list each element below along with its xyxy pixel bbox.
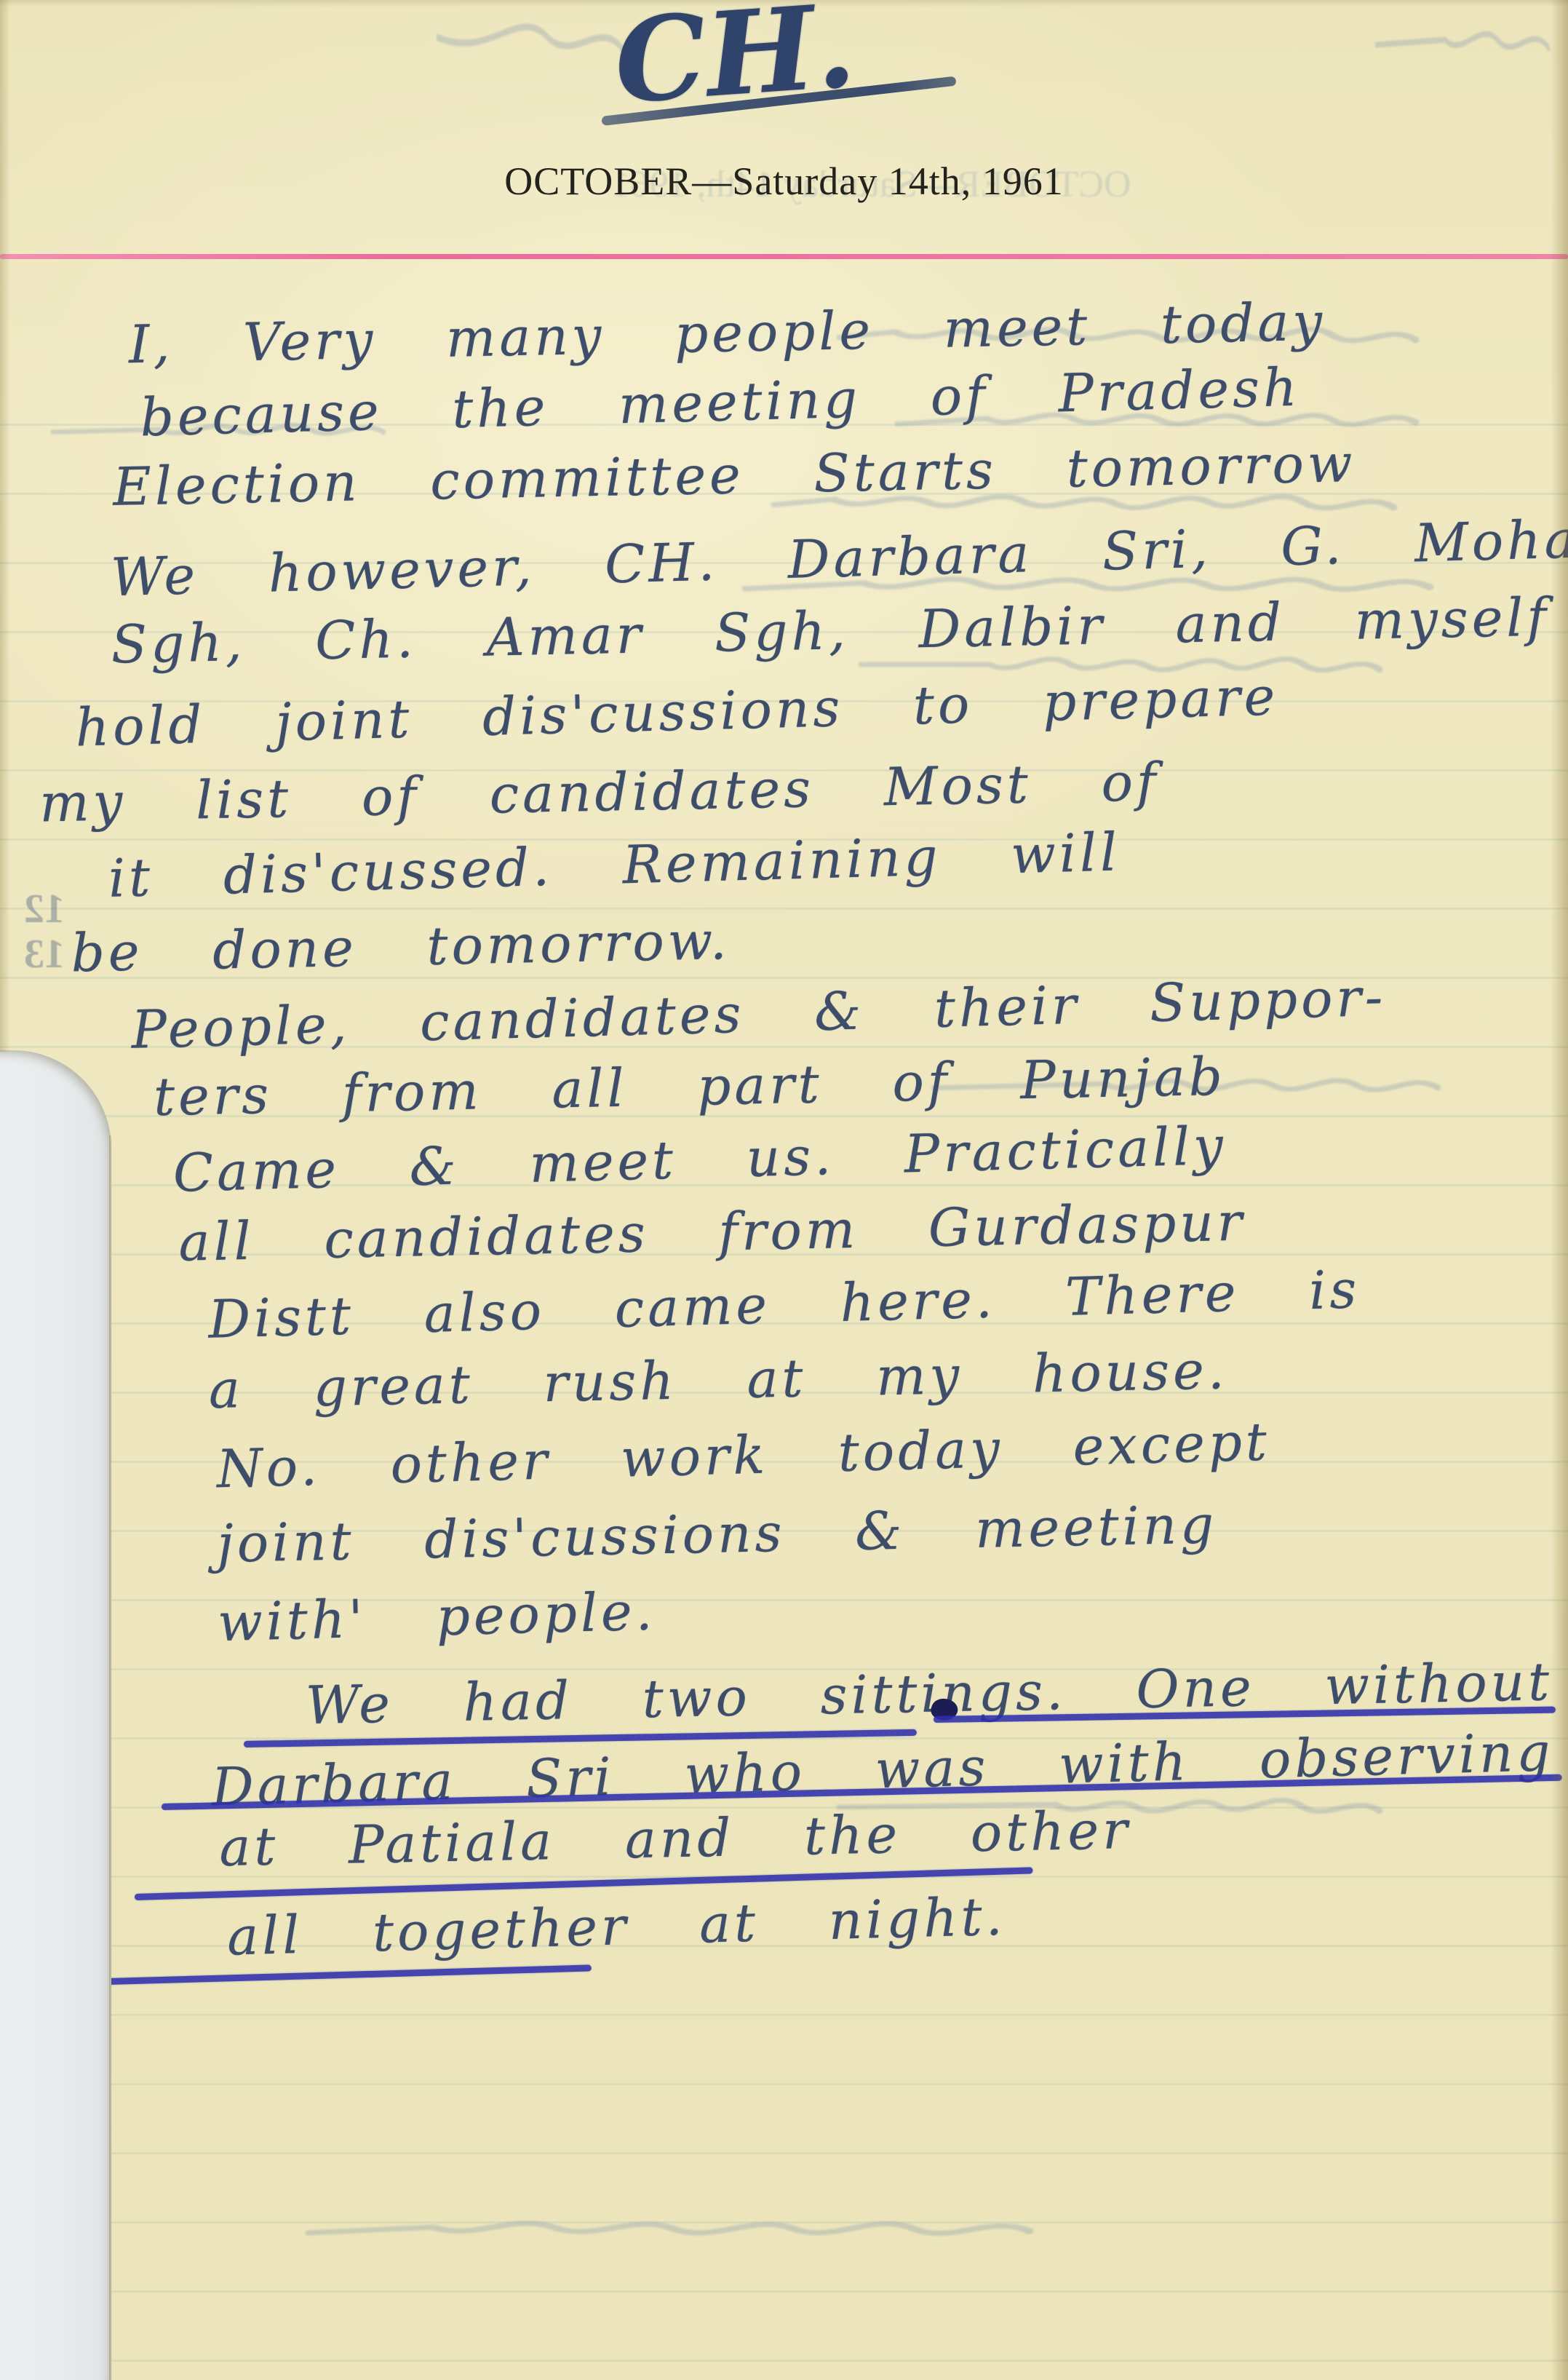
handwritten-line: it dis'cussed. Remaining will bbox=[108, 821, 1121, 908]
handwritten-line: all candidates from Gurdaspur bbox=[178, 1191, 1246, 1273]
handwritten-line: Distt also came here. There is bbox=[207, 1258, 1361, 1349]
handwritten-line: my list of candidates Most of bbox=[39, 751, 1161, 834]
handwritten-line: We had two sittings. One without bbox=[305, 1651, 1553, 1736]
handwritten-line: hold joint dis'cussions to prepare bbox=[75, 665, 1280, 758]
under-page-white-corner bbox=[0, 1050, 111, 2380]
handwritten-line: be done tomorrow. bbox=[71, 910, 731, 983]
page-right-edge-shadow bbox=[1551, 0, 1568, 2380]
handwritten-line: a great rush at my house. bbox=[208, 1339, 1228, 1420]
handwritten-line: Election committee Starts tomorrow bbox=[112, 432, 1356, 517]
handwritten-line: Came & meet us. Practically bbox=[172, 1115, 1227, 1204]
diary-entry-handwriting: I, Very many people meet today because t… bbox=[0, 0, 1568, 2380]
handwritten-line: all together at night. bbox=[226, 1886, 1006, 1967]
page-cut-edge-shadow bbox=[109, 1135, 112, 2380]
handwritten-line: No. other work today except bbox=[216, 1411, 1271, 1499]
diary-page-scan: 12 13 OCTOBER—Saturday 14th, 1961 OCTOBE… bbox=[0, 0, 1568, 2380]
page-left-edge-shadow bbox=[0, 0, 10, 1052]
handwritten-line: ters from all part of Punjab bbox=[153, 1046, 1226, 1127]
handwritten-line: joint dis'cussions & meeting bbox=[217, 1494, 1218, 1574]
handwritten-line: with' people. bbox=[217, 1580, 656, 1653]
page-top-edge-shadow bbox=[0, 0, 1568, 7]
